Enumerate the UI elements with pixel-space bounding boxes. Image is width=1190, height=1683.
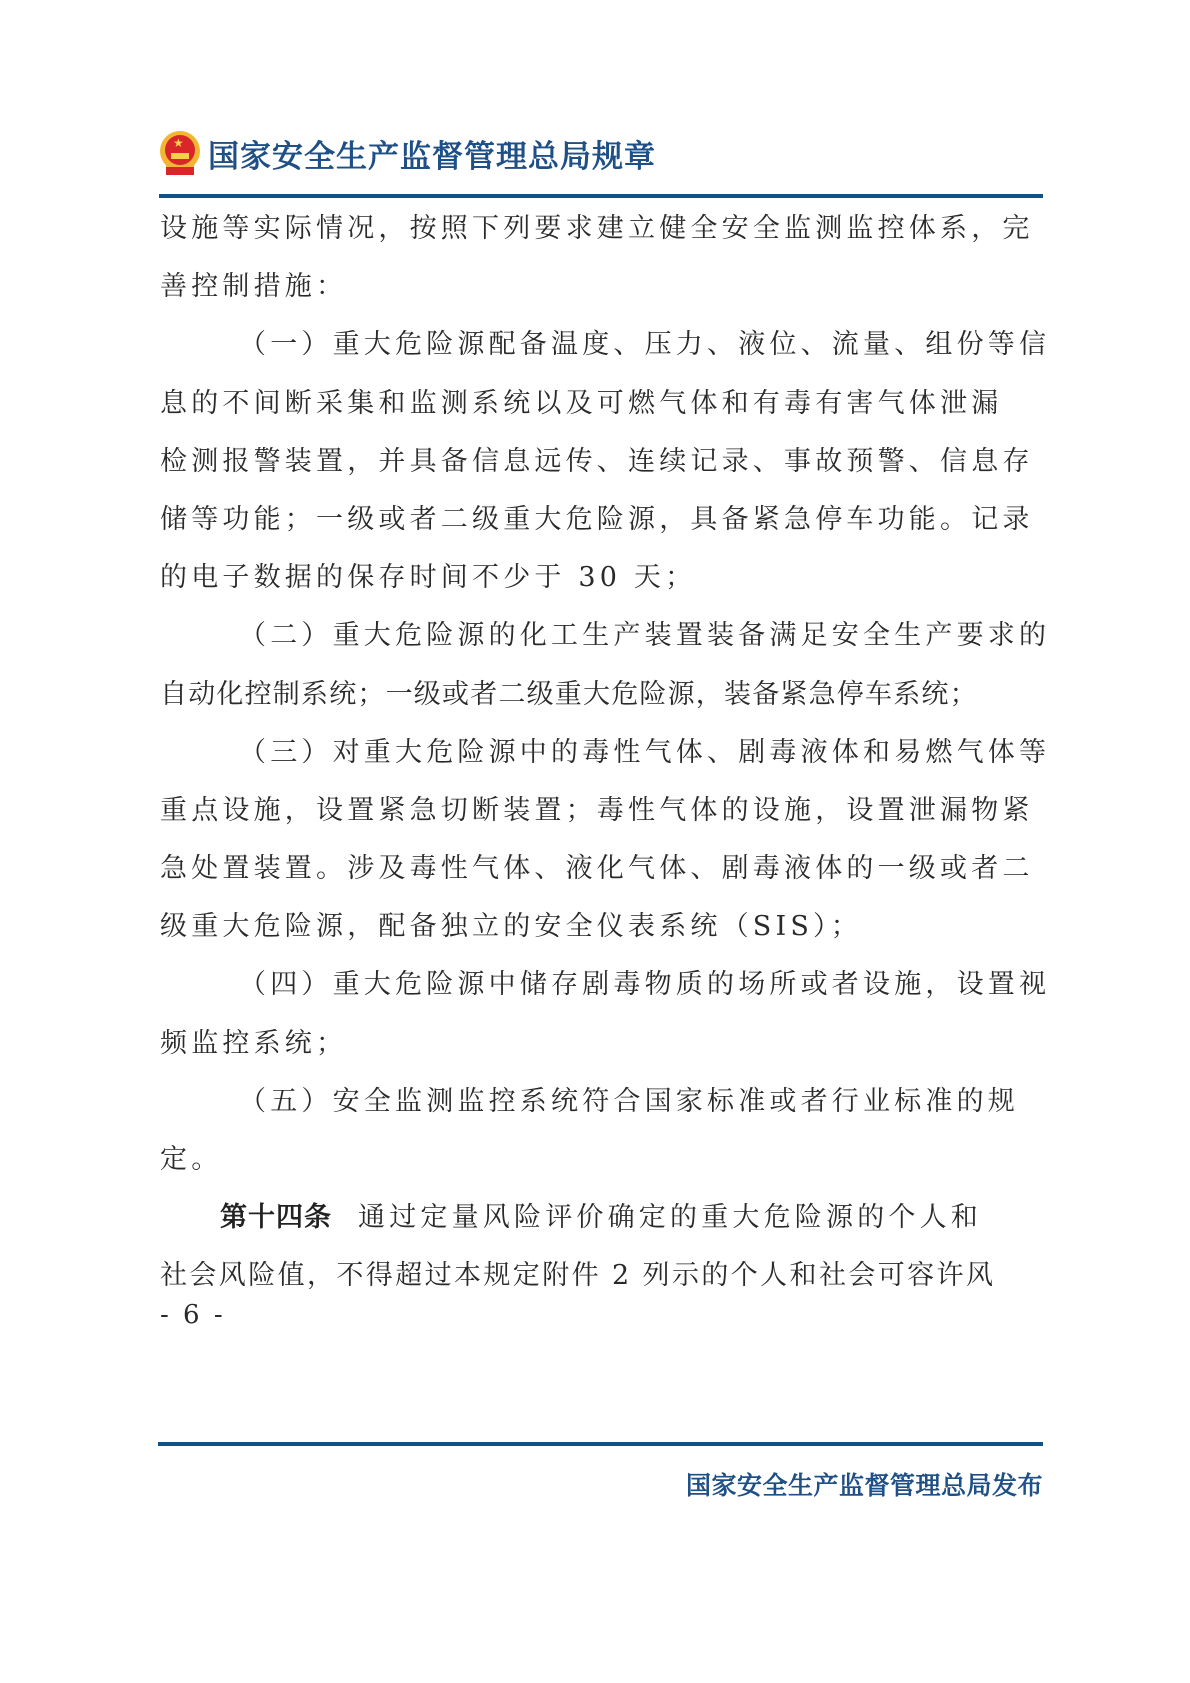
national-emblem-icon: ★ — [160, 131, 200, 175]
body-line: 自动化控制系统；一级或者二级重大危险源，装备紧急停车系统； — [160, 666, 1046, 724]
body-line: 频监控系统； — [160, 1015, 1046, 1073]
header-divider — [159, 194, 1043, 198]
header-title: 国家安全生产监督管理总局规章 — [208, 131, 656, 176]
clause-5: （五）安全监测监控系统符合国家标准或者行业标准的规 — [160, 1073, 1046, 1131]
body-line: 社会风险值，不得超过本规定附件 2 列示的个人和社会可容许风 — [160, 1247, 1046, 1305]
body-line: 善控制措施： — [160, 258, 1046, 316]
clause-1: （一）重大危险源配备温度、压力、液位、流量、组份等信 — [160, 316, 1046, 374]
clause-2: （二）重大危险源的化工生产装置装备满足安全生产要求的 — [160, 607, 1046, 665]
page-number: - 6 - — [160, 1300, 226, 1330]
document-header: ★ 国家安全生产监督管理总局规章 — [160, 128, 656, 178]
body-line: 储等功能；一级或者二级重大危险源，具备紧急停车功能。记录 — [160, 491, 1046, 549]
body-line: 息的不间断采集和监测系统以及可燃气体和有毒有害气体泄漏 — [160, 375, 1046, 433]
clause-4: （四）重大危险源中储存剧毒物质的场所或者设施，设置视 — [160, 956, 1046, 1014]
body-line: 定。 — [160, 1131, 1046, 1189]
footer-divider — [158, 1442, 1043, 1446]
article-text: 通过定量风险评价确定的重大危险源的个人和 — [358, 1202, 982, 1233]
body-line: 急处置装置。涉及毒性气体、液化气体、剧毒液体的一级或者二 — [160, 840, 1046, 898]
body-line: 级重大危险源，配备独立的安全仪表系统（SIS）； — [160, 898, 1046, 956]
body-line: 的电子数据的保存时间不少于 30 天； — [160, 549, 1046, 607]
body-line: 检测报警装置，并具备信息远传、连续记录、事故预警、信息存 — [160, 433, 1046, 491]
clause-3: （三）对重大危险源中的毒性气体、剧毒液体和易燃气体等 — [160, 724, 1046, 782]
article-14: 第十四条通过定量风险评价确定的重大危险源的个人和 — [160, 1189, 1046, 1247]
footer-publisher: 国家安全生产监督管理总局发布 — [686, 1466, 1043, 1502]
article-label: 第十四条 — [220, 1202, 332, 1233]
body-line: 设施等实际情况，按照下列要求建立健全安全监测监控体系，完 — [160, 200, 1046, 258]
document-body: 设施等实际情况，按照下列要求建立健全安全监测监控体系，完 善控制措施： （一）重… — [160, 200, 1046, 1306]
body-line: 重点设施，设置紧急切断装置；毒性气体的设施，设置泄漏物紧 — [160, 782, 1046, 840]
